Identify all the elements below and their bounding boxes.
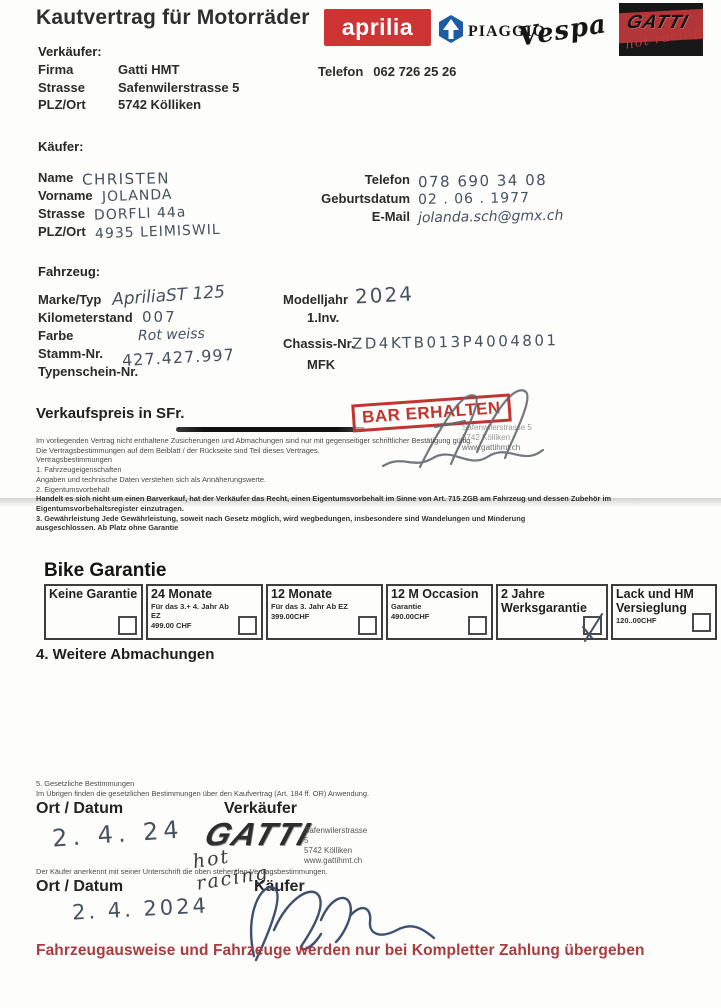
pen-checkmark: [580, 611, 608, 652]
piaggio-shield-icon: [437, 14, 465, 49]
buyer-vorname-label: Vorname: [38, 188, 93, 204]
garantie-option-title: 12 M Occasion: [391, 587, 488, 601]
buyer-email-label: E-Mail: [260, 209, 410, 225]
legal5-heading: 5. Gesetzliche Bestimmungen: [36, 779, 134, 789]
vehicle-modelljahr-value: 2024: [354, 281, 414, 308]
weitere-abmachungen-heading: 4. Weitere Abmachungen: [36, 646, 214, 663]
buyer-plz-label: PLZ/Ort: [38, 224, 86, 240]
seller-phone-value: 062 726 25 26: [373, 64, 456, 79]
seller-date-handwritten: 2. 4. 24: [51, 815, 184, 852]
seller-stamp-bottom: GATTI hot racing Safenwilerstrasse 5 574…: [206, 816, 310, 853]
seller-heading: Verkäufer:: [38, 44, 102, 59]
clause-line: 1. Fahrzeugeigenschaften: [36, 465, 691, 475]
buyer-row-vorname: Vorname JOLANDA: [38, 188, 172, 204]
garantie-option-title: Keine Garantie: [49, 587, 138, 601]
clause-line: Im vorliegenden Vertrag nicht enthaltene…: [36, 436, 691, 446]
gatti-logo: GATTI hot racing: [619, 3, 703, 56]
garantie-option-24monate: 24 Monate Für das 3.+ 4. Jahr Ab EZ 499.…: [146, 584, 263, 640]
buyer-strasse-value: DORFLI 44a: [94, 204, 187, 223]
buyer-row-name: Name CHRISTEN: [38, 170, 170, 188]
seller-row-firma: Firma Gatti HMT: [38, 62, 179, 77]
buyer-row-geburtsdatum: Geburtsdatum 02 . 06 . 1977: [260, 191, 530, 207]
vehicle-inv-label: 1.Inv.: [307, 310, 339, 325]
seller-plz-label: PLZ/Ort: [38, 97, 118, 112]
seller-ort-datum-label: Ort / Datum: [36, 800, 123, 818]
contract-page: Kautvertrag für Motorräder aprilia PIAGG…: [0, 0, 721, 1008]
garantie-heading: Bike Garantie: [44, 560, 167, 582]
buyer-plz-value: 4935 LEIMISWIL: [94, 222, 220, 242]
buyer-date-handwritten: 2. 4. 2024: [71, 893, 209, 924]
vehicle-heading: Fahrzeug:: [38, 264, 100, 279]
buyer-geburtsdatum-label: Geburtsdatum: [260, 191, 410, 207]
vehicle-modelljahr-label: Modelljahr: [283, 292, 348, 307]
buyer-telefon-label: Telefon: [260, 172, 410, 190]
garantie-option-sub: Für das 3.+ 4. Jahr Ab EZ: [151, 602, 229, 620]
garantie-option-title: 24 Monate: [151, 587, 258, 601]
seller-firma-value: Gatti HMT: [118, 62, 179, 77]
seller-strasse-label: Strasse: [38, 80, 118, 95]
vehicle-stamm-value: 427.427.997: [122, 345, 236, 370]
buyer-heading: Käufer:: [38, 139, 84, 154]
price-heading: Verkaufspreis in SFr.: [36, 405, 184, 422]
clause-line: ausgeschlossen. Ab Platz ohne Garantie: [36, 523, 691, 533]
page-title: Kautvertrag für Motorräder: [36, 6, 310, 30]
buyer-vorname-value: JOLANDA: [101, 187, 172, 205]
garantie-checkbox-lack[interactable]: [692, 613, 711, 632]
garantie-option-keine: Keine Garantie: [44, 584, 143, 640]
buyer-row-strasse: Strasse DORFLI 44a: [38, 206, 186, 222]
garantie-option-werksgarantie: 2 Jahre Werksgarantie: [496, 584, 608, 640]
vehicle-mfk-label: MFK: [307, 357, 335, 372]
seller-plz-value: 5742 Kölliken: [118, 97, 201, 112]
garantie-option-lack: Lack und HM Versieglung 120..00CHF: [611, 584, 717, 640]
buyer-ort-datum-label: Ort / Datum: [36, 878, 123, 896]
vehicle-km-label: Kilometerstand: [38, 310, 133, 325]
vehicle-chassis-value: ZD4KTB013P4004801: [352, 331, 559, 353]
stamp-address-line2: 5742 Kölliken: [304, 846, 367, 856]
garantie-checkbox-occasion[interactable]: [468, 616, 487, 635]
vehicle-marke-label: Marke/Typ: [38, 292, 101, 307]
seller-phone-label: Telefon: [318, 64, 363, 79]
clause-line: 2. Eigentumsvorbehalt: [36, 485, 691, 495]
legal5-text: Im Übrigen finden die gesetzlichen Besti…: [36, 789, 369, 799]
seller-strasse-value: Safenwilerstrasse 5: [118, 80, 239, 95]
garantie-checkbox-24monate[interactable]: [238, 616, 257, 635]
buyer-strasse-label: Strasse: [38, 206, 85, 222]
garantie-option-title: Lack und HM Versieglung: [616, 587, 712, 615]
buyer-email-value: jolanda.sch@gmx.ch: [418, 208, 564, 227]
contract-clauses: Im vorliegenden Vertrag nicht enthaltene…: [36, 436, 691, 533]
seller-row-strasse: Strasse Safenwilerstrasse 5: [38, 80, 239, 95]
aprilia-logo-text: aprilia: [342, 14, 413, 41]
aprilia-logo: aprilia: [324, 9, 431, 46]
garantie-checkbox-keine[interactable]: [118, 616, 137, 635]
buyer-name-label: Name: [38, 170, 73, 188]
stamp-address-line1: Safenwilerstrasse 5: [304, 826, 367, 846]
seller-row-plz: PLZ/Ort 5742 Kölliken: [38, 97, 201, 112]
buyer-row-telefon: Telefon 078 690 34 08: [260, 172, 547, 190]
vehicle-stamm-label: Stamm-Nr.: [38, 346, 103, 361]
clause-line: Vertragsbestimmungen: [36, 455, 691, 465]
garantie-table: Keine Garantie 24 Monate Für das 3.+ 4. …: [44, 584, 717, 640]
price-redaction-line: [176, 427, 365, 432]
buyer-name-value: CHRISTEN: [82, 169, 170, 189]
vehicle-chassis-label: Chassis-Nr.: [283, 336, 355, 351]
clause-line: Eigentumsvorbehaltsregister einzutragen.: [36, 504, 691, 514]
vehicle-farbe-label: Farbe: [38, 328, 73, 343]
buyer-row-plz: PLZ/Ort 4935 LEIMISWIL: [38, 224, 220, 240]
garantie-option-sub: Garantie: [391, 602, 488, 611]
clause-line: Die Vertragsbestimmungen auf dem Beiblat…: [36, 446, 691, 456]
vehicle-km-value: 007: [142, 308, 177, 326]
seller-phone-row: Telefon 062 726 25 26: [318, 64, 456, 79]
seller-firma-label: Firma: [38, 62, 118, 77]
vehicle-marke-value: ApriliaST 125: [111, 282, 225, 310]
buyer-telefon-value: 078 690 34 08: [418, 171, 548, 191]
clause-line: Angaben und technische Daten verstehen s…: [36, 475, 691, 485]
buyer-geburtsdatum-value: 02 . 06 . 1977: [418, 190, 530, 208]
stamp-address-line3: www.gattihmt.ch: [304, 856, 367, 866]
garantie-option-sub: Für das 3. Jahr Ab EZ: [271, 602, 349, 611]
garantie-option-occasion: 12 M Occasion Garantie 490.00CHF: [386, 584, 493, 640]
garantie-option-12monate: 12 Monate Für das 3. Jahr Ab EZ 399.00CH…: [266, 584, 383, 640]
buyer-row-email: E-Mail jolanda.sch@gmx.ch: [260, 209, 563, 225]
garantie-checkbox-12monate[interactable]: [358, 616, 377, 635]
vehicle-farbe-value: Rot weiss: [138, 326, 205, 344]
garantie-option-title: 12 Monate: [271, 587, 378, 601]
gatti-stamp-address: Safenwilerstrasse 5 5742 Kölliken www.ga…: [304, 826, 367, 866]
clause-line: 3. Gewährleistung Jede Gewährleistung, s…: [36, 514, 691, 524]
clause-line: Handelt es sich nicht um einen Barverkau…: [36, 494, 691, 504]
payment-notice: Fahrzeugausweise und Fahrzeuge werden nu…: [36, 942, 645, 960]
